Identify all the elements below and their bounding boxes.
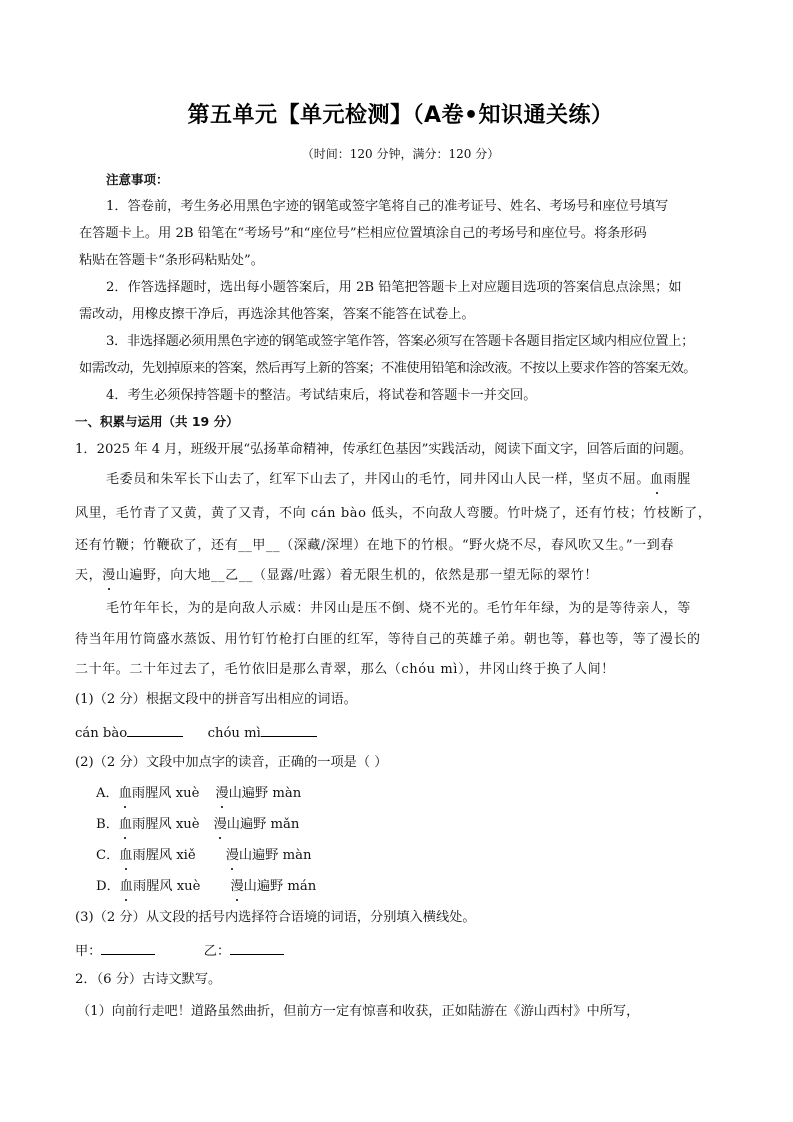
- dotted-char: 漫: [226, 846, 239, 866]
- dotted-char: 血: [650, 470, 664, 490]
- passage-text: 天，: [75, 568, 102, 583]
- passage-p1-line-1: 毛委员和朱军长下山去了，红军下山去了，井冈山的毛竹，同井冈山人民一样，坚贞不屈。…: [106, 470, 691, 490]
- option-text: 雨腥风 xuè: [133, 879, 201, 894]
- passage-p2-line-2: 待当年用竹筒盛水蒸饭、用竹钉竹枪打白匪的红军，等待自己的英雄子弟。朝也等，暮也等…: [75, 630, 701, 650]
- option-text: 雨腥风 xuè: [132, 786, 200, 801]
- passage-text: 雨腥: [664, 472, 691, 487]
- option-label: B．: [96, 817, 119, 832]
- notice-item-1-line-2: 在答题卡上。用 2B 铅笔在“考场号”和“座位号”栏相应位置填涂自己的考场号和座…: [79, 224, 647, 244]
- sub-question-2-prompt: (2)（2 分）文段中加点字的读音，正确的一项是（ ）: [75, 753, 387, 773]
- dotted-char: 漫: [102, 566, 116, 586]
- passage-p1-line-2: 风里，毛竹青了又黄，黄了又青，不向 cán bào 低头，不向敌人弯腰。竹叶烧了…: [75, 504, 711, 524]
- option-text: 山遍野 mǎn: [227, 817, 300, 832]
- option-b[interactable]: B．血雨腥风 xuè漫山遍野 mǎn: [96, 815, 299, 835]
- answer-blank-choumi[interactable]: [261, 722, 317, 737]
- pinyin-label-1: cán bào: [75, 726, 127, 741]
- passage-text: （显露/吐露）着无限生机的，依然是那一望无际的翠竹！: [253, 568, 598, 583]
- passage-text: 山遍野，向大地: [116, 568, 211, 583]
- notice-heading: 注意事项：: [106, 170, 169, 190]
- dotted-char: 血: [119, 784, 132, 804]
- sub-question-3-answers: 甲： 乙：: [75, 940, 284, 962]
- question-1-intro: 1．2025 年 4 月，班级开展“弘扬革命精神，传承红色基因”实践活动，阅读下…: [75, 440, 692, 460]
- passage-p2-line-1: 毛竹年年长，为的是向敌人示威：井冈山是压不倒、烧不光的。毛竹年年绿，为的是等待亲…: [106, 599, 691, 619]
- option-label: D．: [96, 879, 120, 894]
- passage-text: 毛委员和朱军长下山去了，红军下山去了，井冈山的毛竹，同井冈山人民一样，坚贞不屈。: [106, 472, 650, 487]
- passage-text: 还有竹鞭；竹鞭砍了，还有: [75, 538, 238, 553]
- notice-item-3-line-2: 如需改动，先划掉原来的答案，然后再写上新的答案；不准使用铅笔和涂改液。不按以上要…: [79, 359, 696, 379]
- exam-time-info: （时间：120 分钟，满分：120 分）: [79, 146, 722, 162]
- passage-p1-line-3: 还有竹鞭；竹鞭砍了，还有__甲__（深藏/深埋）在地下的竹根。“野火烧不尽，春风…: [75, 536, 674, 556]
- option-text: 雨腥风 xiě: [132, 848, 195, 863]
- notice-item-2-line-1: 2．作答选择题时，选出每小题答案后，用 2B 铅笔把答题卡上对应题目选项的答案信…: [106, 278, 682, 298]
- option-text: 雨腥风 xuè: [132, 817, 200, 832]
- question-2-sub-1: （1）向前行走吧！道路虽然曲折，但前方一定有惊喜和收获，正如陆游在《游山西村》中…: [77, 1002, 639, 1022]
- blank-yi: __乙__: [211, 568, 253, 583]
- answer-blank-jia[interactable]: [101, 940, 155, 955]
- option-label: C．: [96, 848, 119, 863]
- answer-blank-canbao[interactable]: [127, 722, 183, 737]
- page-title: 第五单元【单元检测】（A卷•知识通关练）: [79, 101, 722, 131]
- answer-blank-yi[interactable]: [230, 940, 284, 955]
- notice-item-1-line-1: 1．答卷前，考生务必用黑色字迹的钢笔或签字笔将自己的准考证号、姓名、考场号和座位…: [106, 197, 668, 217]
- option-a[interactable]: A．血雨腥风 xuè漫山遍野 màn: [96, 784, 301, 804]
- dotted-char: 血: [119, 815, 132, 835]
- dotted-char: 漫: [214, 815, 227, 835]
- pinyin-label-2: chóu mì: [208, 726, 261, 741]
- option-text: 山遍野 màn: [239, 848, 312, 863]
- label-jia: 甲：: [75, 944, 101, 959]
- option-text: 山遍野 màn: [229, 786, 302, 801]
- dotted-char: 血: [119, 846, 132, 866]
- blank-jia: __甲__: [238, 538, 280, 553]
- passage-p1-line-4: 天，漫山遍野，向大地__乙__（显露/吐露）着无限生机的，依然是那一望无际的翠竹…: [75, 566, 598, 586]
- section-heading: 一、积累与运用（共 19 分）: [75, 412, 239, 432]
- notice-item-1-line-3: 粘贴在答题卡“条形码粘贴处”。: [79, 251, 264, 271]
- option-label: A．: [96, 786, 119, 801]
- sub-question-1-answers: cán bào chóu mì: [75, 722, 317, 744]
- passage-p2-line-3: 二十年。二十年过去了，毛竹依旧是那么青翠，那么（chóu mì），井冈山终于换了…: [75, 660, 615, 680]
- sub-question-3-prompt: (3)（2 分）从文段的括号内选择符合语境的词语，分别填入横线处。: [75, 908, 476, 928]
- dotted-char: 漫: [215, 784, 228, 804]
- dotted-char: 血: [120, 877, 133, 897]
- label-yi: 乙：: [204, 944, 230, 959]
- option-c[interactable]: C．血雨腥风 xiě漫山遍野 màn: [96, 846, 312, 866]
- option-text: 山遍野 mán: [244, 879, 317, 894]
- dotted-char: 漫: [230, 877, 243, 897]
- passage-text: （深藏/深埋）在地下的竹根。“野火烧不尽，春风吹又生。”一到春: [280, 538, 674, 553]
- notice-item-2-line-2: 需改动，用橡皮擦干净后，再选涂其他答案，答案不能答在试卷上。: [79, 305, 475, 325]
- option-d[interactable]: D．血雨腥风 xuè漫山遍野 mán: [96, 877, 316, 897]
- sub-question-1-prompt: (1)（2 分）根据文段中的拼音写出相应的词语。: [75, 690, 357, 710]
- notice-item-3-line-1: 3．非选择题必须用黑色字迹的钢笔或签字笔作答，答案必须写在答题卡各题目指定区域内…: [106, 332, 694, 352]
- notice-item-4-line-1: 4．考生必须保持答题卡的整洁。考试结束后，将试卷和答题卡一并交回。: [106, 386, 536, 406]
- question-2-intro: 2．（6 分）古诗文默写。: [75, 970, 221, 990]
